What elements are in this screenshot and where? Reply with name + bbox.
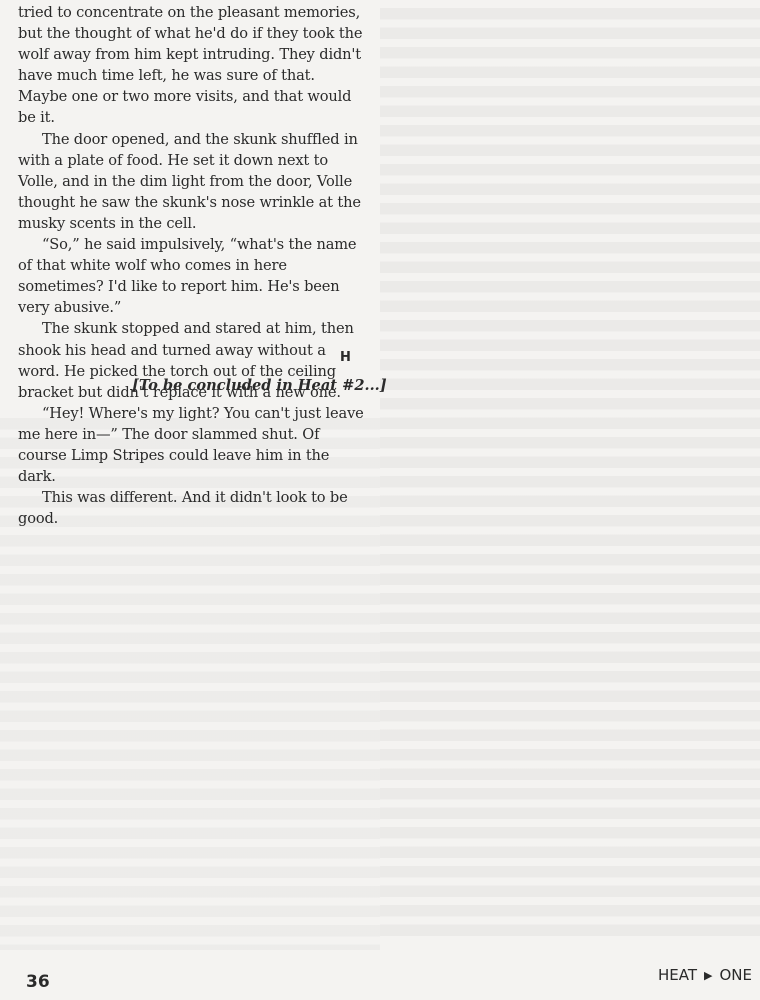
- publication-name: HEAT: [658, 966, 697, 984]
- story-column: tried to concentrate on the pleasant mem…: [18, 2, 364, 529]
- issue-name: ONE: [719, 966, 752, 984]
- paragraph: “Hey! Where's my light? You can't just l…: [18, 403, 364, 487]
- paragraph: The door opened, and the skunk shuffled …: [18, 129, 364, 234]
- paragraph: This was different. And it didn't look t…: [18, 487, 364, 529]
- reverse-page-show-through: [380, 0, 760, 940]
- paragraph: tried to concentrate on the pleasant mem…: [18, 2, 364, 129]
- paragraph: “So,” he said impulsively, “what's the n…: [18, 234, 364, 318]
- continuation-note: [To be concluded in Heat #2...]: [132, 377, 387, 394]
- running-footer: HEAT ▶ ONE: [658, 966, 752, 984]
- triangle-right-icon: ▶: [704, 969, 712, 982]
- end-of-story-mark: H: [340, 350, 351, 365]
- page-number: 36: [26, 972, 50, 992]
